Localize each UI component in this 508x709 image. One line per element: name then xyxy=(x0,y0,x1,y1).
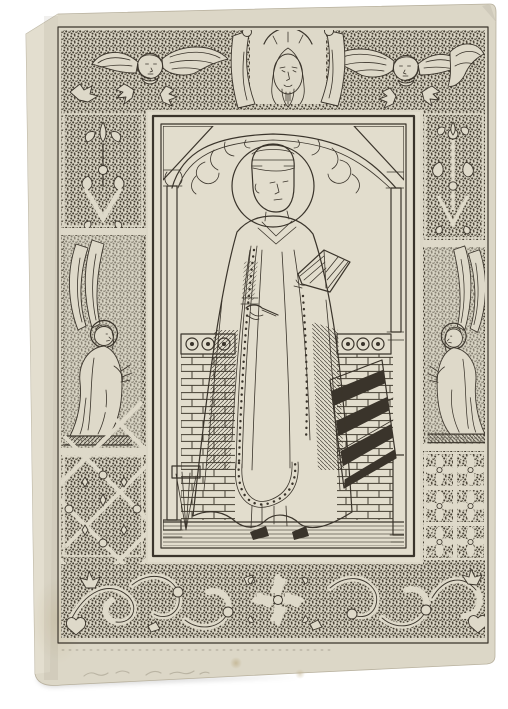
scanned-book-page xyxy=(0,0,508,709)
central-panel xyxy=(148,112,420,562)
right-border-divider2 xyxy=(423,444,485,451)
left-border-divider xyxy=(61,228,146,235)
woodcut-print xyxy=(0,0,508,709)
left-border-divider2 xyxy=(61,448,146,455)
right-border-divider xyxy=(423,240,485,247)
kneeling-angel-right xyxy=(425,246,490,444)
left-edge-shading xyxy=(44,16,58,680)
right-tile-panel xyxy=(425,453,485,559)
floor-hatching xyxy=(163,522,404,546)
